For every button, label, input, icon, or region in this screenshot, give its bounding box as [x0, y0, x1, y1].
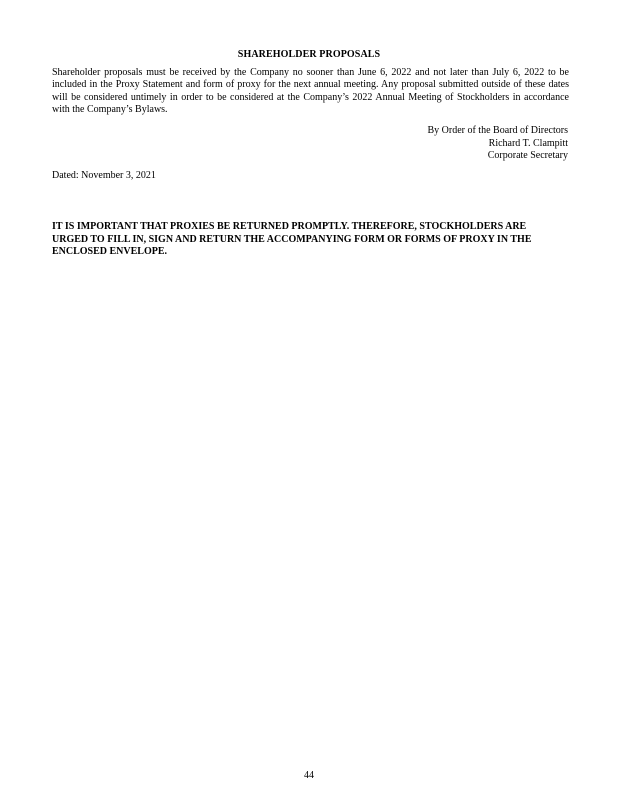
signature-line-order: By Order of the Board of Directors	[427, 125, 568, 138]
signature-line-name: Richard T. Clampitt	[427, 138, 568, 151]
section-heading: SHAREHOLDER PROPOSALS	[0, 49, 618, 60]
page-number: 44	[0, 770, 618, 781]
dated-line: Dated: November 3, 2021	[52, 170, 156, 181]
signature-block: By Order of the Board of Directors Richa…	[427, 125, 568, 163]
signature-line-title: Corporate Secretary	[427, 150, 568, 163]
important-notice: IT IS IMPORTANT THAT PROXIES BE RETURNED…	[52, 221, 562, 259]
document-page: SHAREHOLDER PROPOSALS Shareholder propos…	[0, 0, 618, 800]
proposal-paragraph: Shareholder proposals must be received b…	[52, 67, 569, 117]
